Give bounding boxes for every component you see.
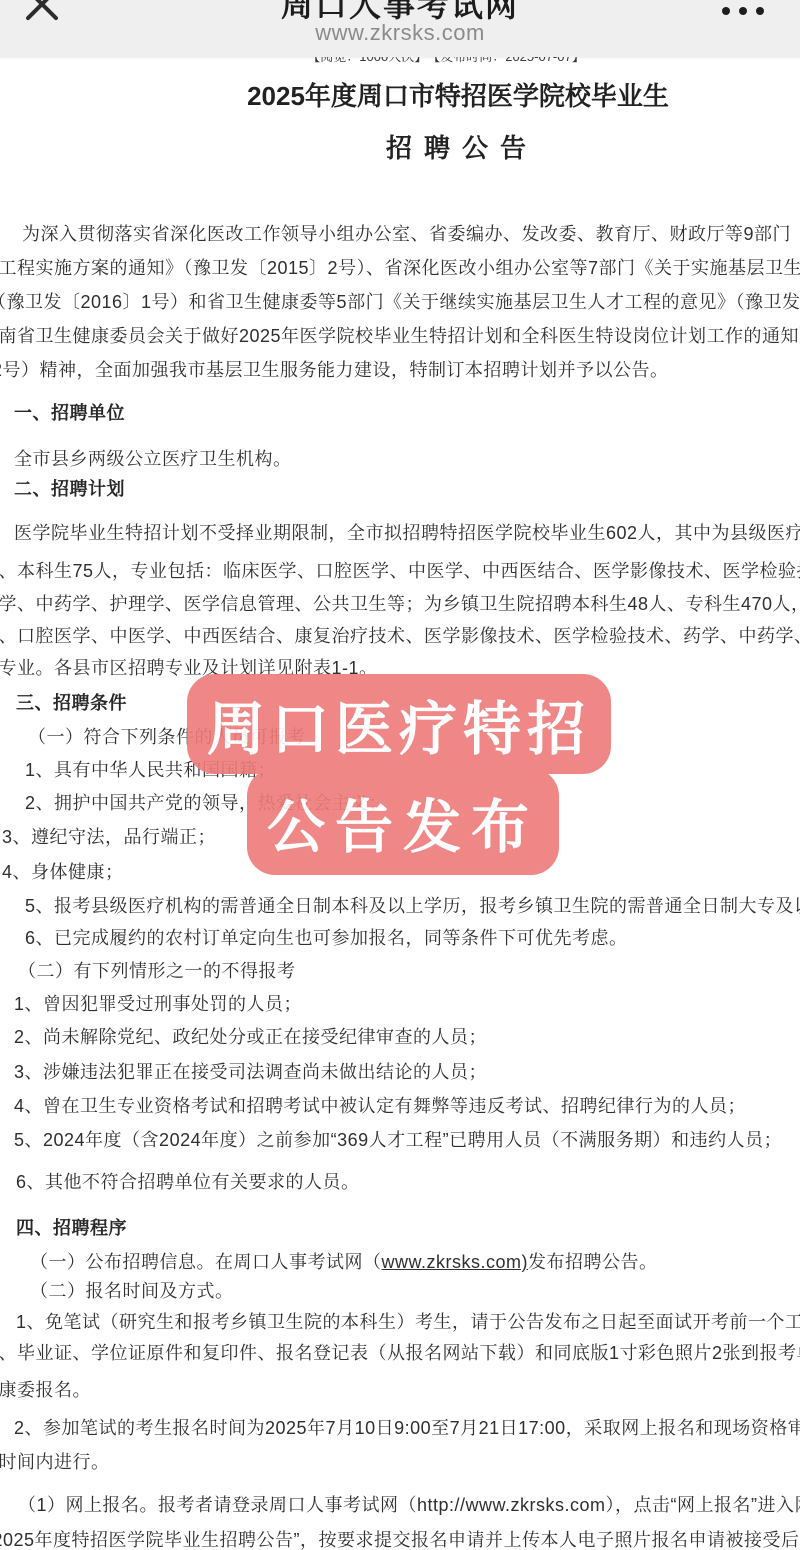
document-line: （二）有下列情形之一的不得报考 [18, 955, 296, 987]
document-section-heading: 四、招聘程序 [16, 1212, 127, 1244]
document-line: 药学、中药学、护理学、医学信息管理、公共卫生等；为乡镇卫生院招聘本科生48人、专… [0, 588, 800, 620]
document-line: “2025年度特招医学院毕业生招聘公告”，按要求提交报名申请并上传本人电子照片报… [0, 1524, 800, 1550]
watermark-line1: 周口医疗特招 [187, 674, 611, 774]
document-line: 5、2024年度（含2024年度）之前参加“369人才工程”已聘用人员（不满服务… [14, 1124, 782, 1156]
document-line: 为深入贯彻落实省深化医改工作领导小组办公室、省委编办、发改委、教育厅、财政厅等9… [22, 218, 800, 250]
document-title-line2: 招聘公告 [386, 128, 538, 165]
document-line: 构、本科生75人，专业包括：临床医学、口腔医学、中医学、中西医结合、医学影像技术… [0, 555, 800, 587]
document-line: 2号）精神，全面加强我市基层卫生服务能力建设，特制订本招聘计划并予以公告。 [0, 354, 669, 386]
document-line-text: （一）公布招聘信息。在周口人事考试网（ [30, 1252, 382, 1272]
document-line: （豫卫发〔2016〕1号）和省卫生健康委等5部门《关于继续实施基层卫生人才工程的… [0, 286, 800, 318]
document-line: 2、尚未解除党纪、政纪处分或正在接受纪律审查的人员； [14, 1021, 487, 1053]
document-line: 健康委报名。 [0, 1374, 91, 1406]
document-line: （一）公布招聘信息。在周口人事考试网（www.zkrsks.com)发布招聘公告… [30, 1246, 658, 1278]
document-line: 证、毕业证、学位证原件和复印件、报名登记表（从报名网站下载）和同底版1寸彩色照片… [0, 1337, 800, 1369]
document-line: 1、免笔试（研究生和报考乡镇卫生院的本科生）考生，请于公告发布之日起至面试开考前… [16, 1306, 800, 1338]
site-url: www.zkrsks.com [0, 20, 800, 46]
document-line: 才工程实施方案的通知》（豫卫发〔2015〕2号）、省深化医改小组办公室等7部门《… [0, 252, 800, 284]
document-line: （二）报名时间及方式。 [30, 1275, 234, 1307]
inline-url-link[interactable]: www.zkrsks.com) [382, 1252, 529, 1272]
document-line: 3、遵纪守法，品行端正； [2, 821, 216, 853]
document-line-text: 发布招聘公告。 [528, 1252, 658, 1272]
document-section-heading: 一、招聘单位 [14, 397, 125, 429]
menu-dot [739, 7, 747, 15]
document-line: 定时间内进行。 [0, 1446, 110, 1478]
watermark-line2: 公告发布 [247, 768, 559, 875]
document-line: 3、涉嫌违法犯罪正在接受司法调查尚未做出结论的人员； [14, 1056, 487, 1088]
more-menu-icon[interactable] [722, 7, 764, 17]
document-section-heading: 二、招聘计划 [14, 473, 125, 505]
document-line: （1）网上报名。报考者请登录周口人事考试网（http://www.zkrsks.… [18, 1489, 800, 1521]
browser-header: 周口人事考试网 www.zkrsks.com [0, 0, 800, 57]
document-line: 6、已完成履约的农村订单定向生也可参加报名，同等条件下可优先考虑。 [25, 922, 628, 954]
document-line: 4、曾在卫生专业资格考试和招聘考试中被认定有舞弊等违反考试、招聘纪律行为的人员； [14, 1090, 746, 1122]
document-title-line1: 2025年度周口市特招医学院校毕业生 [247, 76, 669, 113]
menu-dot [722, 7, 730, 15]
document-line: 全市县乡两级公立医疗卫生机构。 [14, 443, 292, 475]
document-line: 5、报考县级医疗机构的需普通全日制本科及以上学历，报考乡镇卫生院的需普通全日制大… [25, 890, 800, 922]
menu-dot [756, 7, 764, 15]
document-line: 河南省卫生健康委员会关于做好2025年医学院校毕业生特招计划和全科医生特设岗位计… [0, 320, 800, 352]
document-line: 医学院毕业生特招计划不受择业期限制，全市拟招聘特招医学院校毕业生602人，其中为… [14, 517, 800, 549]
document-line: 1、曾因犯罪受过刑事处罚的人员； [14, 988, 302, 1020]
document-line: 学、口腔医学、中医学、中西医结合、康复治疗技术、医学影像技术、医学检验技术、药学… [0, 620, 800, 652]
document-section-heading: 三、招聘条件 [16, 687, 127, 719]
document-line: 2、参加笔试的考生报名时间为2025年7月10日9:00至7月21日17:00，… [14, 1412, 800, 1444]
document-line: 4、身体健康； [2, 856, 124, 888]
document-line: 6、其他不符合招聘单位有关要求的人员。 [16, 1166, 360, 1198]
